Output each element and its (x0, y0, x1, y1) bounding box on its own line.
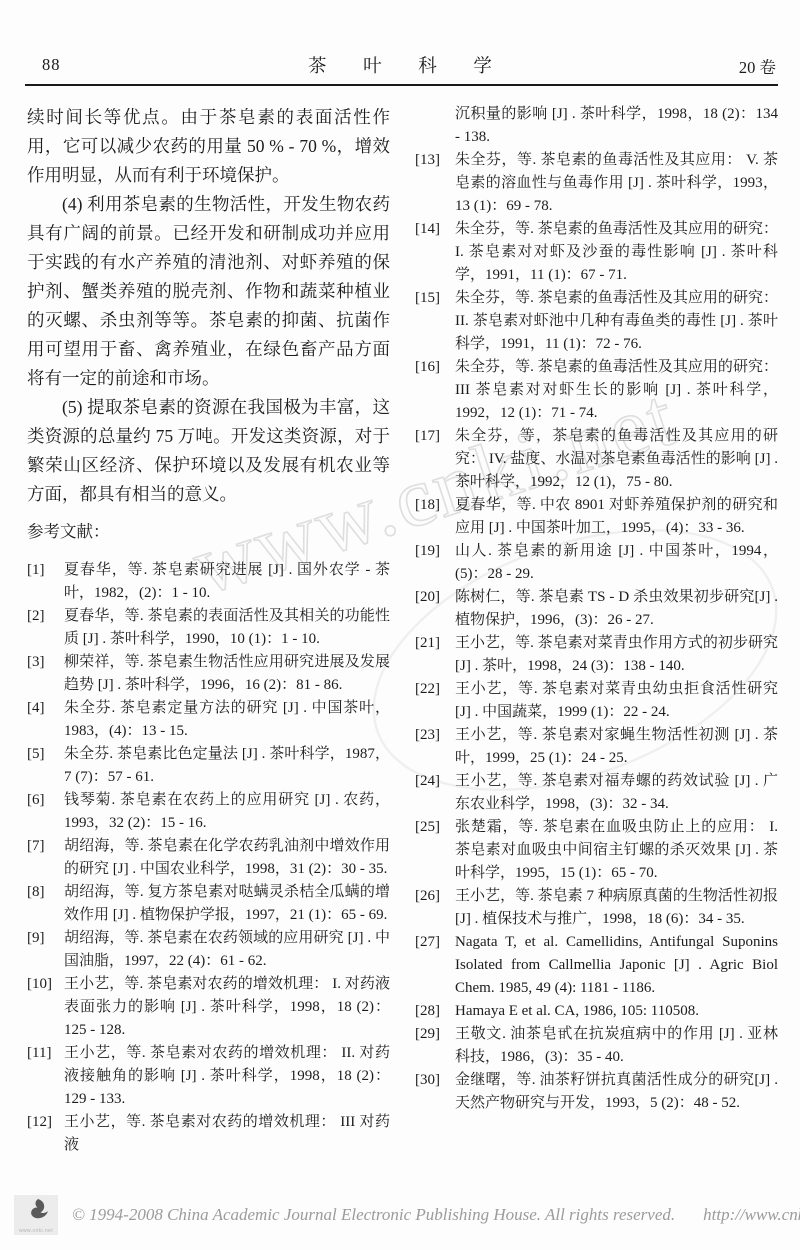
reference-item: [8] 胡绍海，等. 复方茶皂素对哒螨灵杀桔全瓜螨的增效作用 [J] . 植物保… (27, 881, 390, 927)
reference-text: 沉积量的影响 [J] . 茶叶科学，1998，18 (2)：134 - 138. (455, 106, 778, 145)
references-heading: 参考文献： (27, 519, 390, 545)
reference-item: [17] 朱全芬，等，茶皂素的鱼毒活性及其应用的研究： IV. 盐度、水温对茶皂… (415, 425, 778, 494)
reference-text: 王小艺，等. 茶皂素 7 种病原真菌的生物活性初报 [J] . 植保技术与推广，… (455, 888, 778, 927)
cnki-logo: www.cnki.net (14, 1195, 58, 1235)
reference-text: 陈树仁，等. 茶皂素 TS - D 杀虫效果初步研究[J] . 植物保护，199… (455, 589, 778, 628)
reference-number: [12] (27, 1111, 52, 1134)
reference-item: [1] 夏春华，等. 茶皂素研究进展 [J] . 国外农学 - 茶叶，1982，… (27, 559, 390, 605)
reference-item: [25] 张楚霜，等. 茶皂素在血吸虫防止上的应用： I. 茶皂素对血吸虫中间宿… (415, 816, 778, 885)
reference-number: [10] (27, 973, 52, 996)
reference-text: 夏春华，等. 中农 8901 对虾养殖保护剂的研究和应用 [J] . 中国茶叶加… (455, 497, 778, 536)
reference-text: 张楚霜，等. 茶皂素在血吸虫防止上的应用： I. 茶皂素对血吸虫中间宿主钉螺的杀… (455, 819, 778, 881)
reference-number: [28] (415, 1000, 440, 1023)
references-list-left: [1] 夏春华，等. 茶皂素研究进展 [J] . 国外农学 - 茶叶，1982，… (27, 559, 390, 1157)
reference-item: 沉积量的影响 [J] . 茶叶科学，1998，18 (2)：134 - 138. (415, 103, 778, 149)
page-footer: www.cnki.net © 1994-2008 China Academic … (14, 1195, 792, 1235)
reference-text: 朱全芬，等. 茶皂素的鱼毒活性及其应用： V. 茶皂素的溶血性与鱼毒作用 [J]… (455, 152, 778, 214)
reference-item: [16] 朱全芬，等. 茶皂素的鱼毒活性及其应用的研究： III 茶皂素对对虾生… (415, 356, 778, 425)
reference-text: 金继曙，等. 油茶籽饼抗真菌活性成分的研究[J] . 天然产物研究与开发，199… (455, 1072, 778, 1111)
reference-item: [3] 柳荣祥，等. 茶皂素生物活性应用研究进展及发展趋势 [J] . 茶叶科学… (27, 651, 390, 697)
reference-text: 夏春华，等. 茶皂素的表面活性及其相关的功能性质 [J] . 茶叶科学，1990… (64, 608, 390, 647)
paragraph-continued: 续时间长等优点。由于茶皂素的表面活性作用，它可以减少农药的用量 50 % - 7… (27, 103, 390, 190)
reference-text: 夏春华，等. 茶皂素研究进展 [J] . 国外农学 - 茶叶，1982，(2)：… (64, 562, 390, 601)
reference-item: [24] 王小艺，等. 茶皂素对福寿螺的药效试验 [J] . 广东农业科学，19… (415, 770, 778, 816)
reference-item: [20] 陈树仁，等. 茶皂素 TS - D 杀虫效果初步研究[J] . 植物保… (415, 586, 778, 632)
text-columns: 续时间长等优点。由于茶皂素的表面活性作用，它可以减少农药的用量 50 % - 7… (27, 103, 778, 1157)
reference-number: [30] (415, 1069, 440, 1092)
reference-item: [26] 王小艺，等. 茶皂素 7 种病原真菌的生物活性初报 [J] . 植保技… (415, 885, 778, 931)
reference-text: 王小艺，等. 茶皂素对家蝇生物活性初测 [J] . 茶叶，1999，25 (1)… (455, 727, 778, 766)
header-rule (25, 84, 778, 86)
reference-item: [10] 王小艺，等. 茶皂素对农药的增效机理： I. 对药液表面张力的影响 [… (27, 973, 390, 1042)
reference-number: [7] (27, 835, 45, 858)
reference-text: 王小艺，等. 茶皂素对农药的增效机理： III 对药液 (64, 1114, 390, 1153)
reference-number: [4] (27, 697, 45, 720)
reference-item: [9] 胡绍海，等. 茶皂素在农药领域的应用研究 [J] . 中国油脂，1997… (27, 927, 390, 973)
reference-number: [18] (415, 494, 440, 517)
page-header: 88 茶 叶 科 学 20 卷 (40, 52, 776, 78)
footer-copyright-line: © 1994-2008 China Academic Journal Elect… (72, 1205, 800, 1225)
reference-number: [2] (27, 605, 45, 628)
journal-title: 茶 叶 科 学 (40, 52, 776, 78)
reference-text: 朱全芬，等. 茶皂素的鱼毒活性及其应用的研究： I. 茶皂素对对虾及沙蚕的毒性影… (455, 221, 778, 283)
reference-number: [14] (415, 218, 440, 241)
reference-item: [28] Hamaya E et al. CA, 1986, 105: 1105… (415, 1000, 778, 1023)
reference-number: [15] (415, 287, 440, 310)
reference-number: [27] (415, 931, 440, 954)
reference-number: [9] (27, 927, 45, 950)
reference-text: 王小艺，等. 茶皂素对福寿螺的药效试验 [J] . 广东农业科学，1998，(3… (455, 773, 778, 812)
reference-text: 朱全芬，等. 茶皂素的鱼毒活性及其应用的研究： II. 茶皂素对虾池中几种有毒鱼… (455, 290, 778, 352)
right-column: 沉积量的影响 [J] . 茶叶科学，1998，18 (2)：134 - 138.… (415, 103, 778, 1157)
reference-text: Nagata T, et al. Camellidins, Antifungal… (455, 934, 778, 996)
reference-number: [11] (27, 1042, 51, 1065)
reference-text: 朱全芬，等，茶皂素的鱼毒活性及其应用的研究： IV. 盐度、水温对茶皂素鱼毒活性… (455, 428, 778, 490)
reference-text: 胡绍海，等. 复方茶皂素对哒螨灵杀桔全瓜螨的增效作用 [J] . 植物保护学报，… (64, 884, 390, 923)
reference-text: 王小艺，等. 茶皂素对菜青虫作用方式的初步研究 [J] . 茶叶，1998，24… (455, 635, 778, 674)
reference-item: [21] 王小艺，等. 茶皂素对菜青虫作用方式的初步研究 [J] . 茶叶，19… (415, 632, 778, 678)
paragraph-point-4: (4) 利用茶皂素的生物活性，开发生物农药具有广阔的前景。已经开发和研制成功并应… (27, 190, 390, 393)
footer-url-link[interactable]: http://www.cnki.net (703, 1205, 800, 1225)
reference-item: [27] Nagata T, et al. Camellidins, Antif… (415, 931, 778, 1000)
reference-item: [5] 朱全芬. 茶皂素比色定量法 [J] . 茶叶科学，1987，7 (7)：… (27, 743, 390, 789)
reference-item: [18] 夏春华，等. 中农 8901 对虾养殖保护剂的研究和应用 [J] . … (415, 494, 778, 540)
reference-item: [23] 王小艺，等. 茶皂素对家蝇生物活性初测 [J] . 茶叶，1999，2… (415, 724, 778, 770)
reference-text: 王小艺，等. 茶皂素对农药的增效机理： I. 对药液表面张力的影响 [J] . … (64, 976, 390, 1038)
reference-item: [30] 金继曙，等. 油茶籽饼抗真菌活性成分的研究[J] . 天然产物研究与开… (415, 1069, 778, 1115)
reference-number: [23] (415, 724, 440, 747)
reference-number: [19] (415, 540, 440, 563)
reference-number: [5] (27, 743, 45, 766)
reference-text: Hamaya E et al. CA, 1986, 105: 110508. (455, 1003, 699, 1019)
paragraph-point-5: (5) 提取茶皂素的资源在我国极为丰富，这类资源的总量约 75 万吨。开发这类资… (27, 393, 390, 509)
reference-text: 朱全芬. 茶皂素定量方法的研究 [J] . 中国茶叶，1983，(4)：13 -… (64, 700, 390, 739)
reference-number: [13] (415, 149, 440, 172)
reference-number: [24] (415, 770, 440, 793)
reference-text: 朱全芬，等. 茶皂素的鱼毒活性及其应用的研究： III 茶皂素对对虾生长的影响 … (455, 359, 778, 421)
reference-item: [22] 王小艺，等. 茶皂素对菜青虫幼虫拒食活性研究 [J] . 中国蔬菜，1… (415, 678, 778, 724)
reference-item: [15] 朱全芬，等. 茶皂素的鱼毒活性及其应用的研究： II. 茶皂素对虾池中… (415, 287, 778, 356)
reference-number: [21] (415, 632, 440, 655)
reference-number: [8] (27, 881, 45, 904)
reference-text: 柳荣祥，等. 茶皂素生物活性应用研究进展及发展趋势 [J] . 茶叶科学，199… (64, 654, 390, 693)
reference-item: [2] 夏春华，等. 茶皂素的表面活性及其相关的功能性质 [J] . 茶叶科学，… (27, 605, 390, 651)
reference-item: [29] 王敬文. 油茶皂甙在抗炭疽病中的作用 [J] . 亚林科技，1986，… (415, 1023, 778, 1069)
reference-text: 钱琴菊. 茶皂素在农药上的应用研究 [J] . 农药，1993，32 (2)：1… (64, 792, 390, 831)
reference-number: [17] (415, 425, 440, 448)
reference-item: [4] 朱全芬. 茶皂素定量方法的研究 [J] . 中国茶叶，1983，(4)：… (27, 697, 390, 743)
reference-text: 山人. 茶皂素的新用途 [J] . 中国茶叶，1994，(5)：28 - 29. (455, 543, 778, 582)
reference-item: [6] 钱琴菊. 茶皂素在农药上的应用研究 [J] . 农药，1993，32 (… (27, 789, 390, 835)
reference-text: 王敬文. 油茶皂甙在抗炭疽病中的作用 [J] . 亚林科技，1986，(3)：3… (455, 1026, 778, 1065)
reference-item: [14] 朱全芬，等. 茶皂素的鱼毒活性及其应用的研究： I. 茶皂素对对虾及沙… (415, 218, 778, 287)
reference-number: [3] (27, 651, 45, 674)
volume-label: 20 卷 (739, 54, 776, 78)
reference-item: [19] 山人. 茶皂素的新用途 [J] . 中国茶叶，1994，(5)：28 … (415, 540, 778, 586)
reference-number: [1] (27, 559, 45, 582)
reference-number: [6] (27, 789, 45, 812)
reference-number: [25] (415, 816, 440, 839)
reference-item: [11] 王小艺，等. 茶皂素对农药的增效机理： II. 对药液接触角的影响 [… (27, 1042, 390, 1111)
reference-number: [29] (415, 1023, 440, 1046)
reference-item: [13] 朱全芬，等. 茶皂素的鱼毒活性及其应用： V. 茶皂素的溶血性与鱼毒作… (415, 149, 778, 218)
cnki-logo-icon (21, 1196, 51, 1226)
copyright-text: © 1994-2008 China Academic Journal Elect… (72, 1205, 675, 1225)
reference-number: [22] (415, 678, 440, 701)
references-list-right: 沉积量的影响 [J] . 茶叶科学，1998，18 (2)：134 - 138.… (415, 103, 778, 1115)
reference-number: [16] (415, 356, 440, 379)
reference-text: 王小艺，等. 茶皂素对农药的增效机理： II. 对药液接触角的影响 [J] . … (64, 1045, 390, 1107)
reference-number: [20] (415, 586, 440, 609)
reference-item: [7] 胡绍海，等. 茶皂素在化学农药乳油剂中增效作用的研究 [J] . 中国农… (27, 835, 390, 881)
left-column: 续时间长等优点。由于茶皂素的表面活性作用，它可以减少农药的用量 50 % - 7… (27, 103, 390, 1157)
reference-text: 王小艺，等. 茶皂素对菜青虫幼虫拒食活性研究 [J] . 中国蔬菜，1999 (… (455, 681, 778, 720)
reference-number: [26] (415, 885, 440, 908)
reference-item: [12] 王小艺，等. 茶皂素对农药的增效机理： III 对药液 (27, 1111, 390, 1157)
reference-text: 胡绍海，等. 茶皂素在农药领域的应用研究 [J] . 中国油脂，1997，22 … (64, 930, 390, 969)
reference-text: 朱全芬. 茶皂素比色定量法 [J] . 茶叶科学，1987，7 (7)：57 -… (64, 746, 390, 785)
cnki-logo-caption: www.cnki.net (14, 1228, 58, 1234)
reference-text: 胡绍海，等. 茶皂素在化学农药乳油剂中增效作用的研究 [J] . 中国农业科学，… (64, 838, 390, 877)
